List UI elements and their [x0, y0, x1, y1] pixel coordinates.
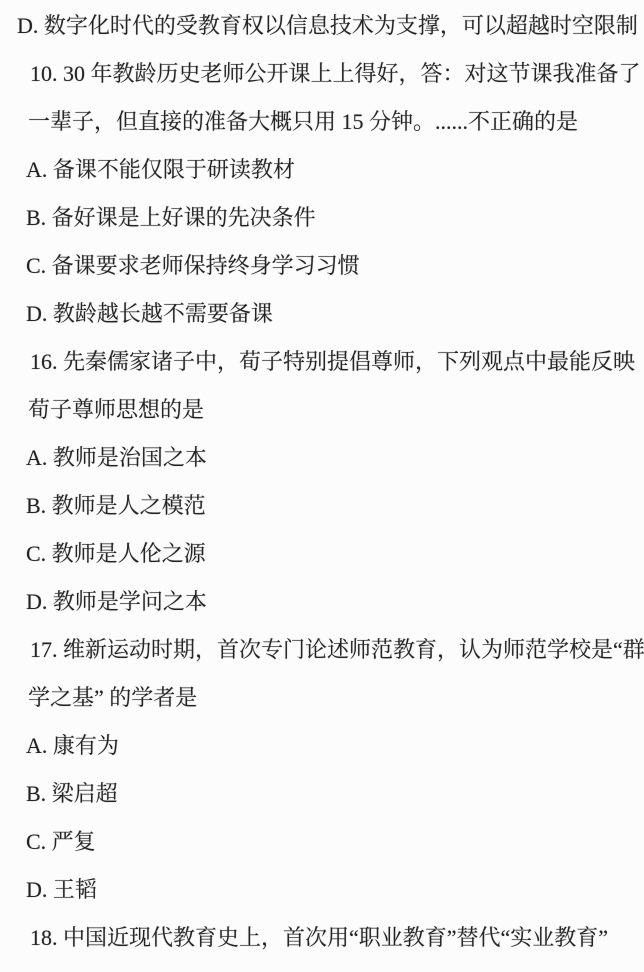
q17-stem-line-1: 17. 维新运动时期，首次专门论述师范教育，认为师范学校是“群 [0, 626, 644, 674]
q16-option-d: D. 教师是学问之本 [0, 578, 644, 626]
q17-option-a: A. 康有为 [0, 722, 644, 770]
q10-option-d: D. 教龄越长越不需要备课 [0, 290, 644, 338]
q10-option-a: A. 备课不能仅限于研读教材 [0, 146, 644, 194]
q16-stem-line-2: 荀子尊师思想的是 [0, 386, 644, 434]
q16-option-b: B. 教师是人之模范 [0, 482, 644, 530]
q10-option-b: B. 备好课是上好课的先决条件 [0, 194, 644, 242]
q18-stem-line-1: 18. 中国近现代教育史上，首次用“职业教育”替代“实业教育” [0, 914, 644, 962]
q17-option-b: B. 梁启超 [0, 770, 644, 818]
prev-question-option-d: D. 数字化时代的受教育权以信息技术为支撑，可以超越时空限制 [0, 2, 644, 50]
q16-option-c: C. 教师是人伦之源 [0, 530, 644, 578]
q16-option-a: A. 教师是治国之本 [0, 434, 644, 482]
q10-stem-line-1: 10. 30 年教龄历史老师公开课上上得好，答：对这节课我准备了 [0, 50, 644, 98]
q10-stem-line-2: 一辈子，但直接的准备大概只用 15 分钟。......不正确的是 [0, 98, 644, 146]
q17-option-d: D. 王韬 [0, 866, 644, 914]
q16-stem-line-1: 16. 先秦儒家诸子中，荀子特别提倡尊师，下列观点中最能反映 [0, 338, 644, 386]
q17-option-c: C. 严复 [0, 818, 644, 866]
q10-option-c: C. 备课要求老师保持终身学习习惯 [0, 242, 644, 290]
q17-stem-line-2: 学之基” 的学者是 [0, 674, 644, 722]
document-page: D. 数字化时代的受教育权以信息技术为支撑，可以超越时空限制10. 30 年教龄… [0, 0, 644, 972]
